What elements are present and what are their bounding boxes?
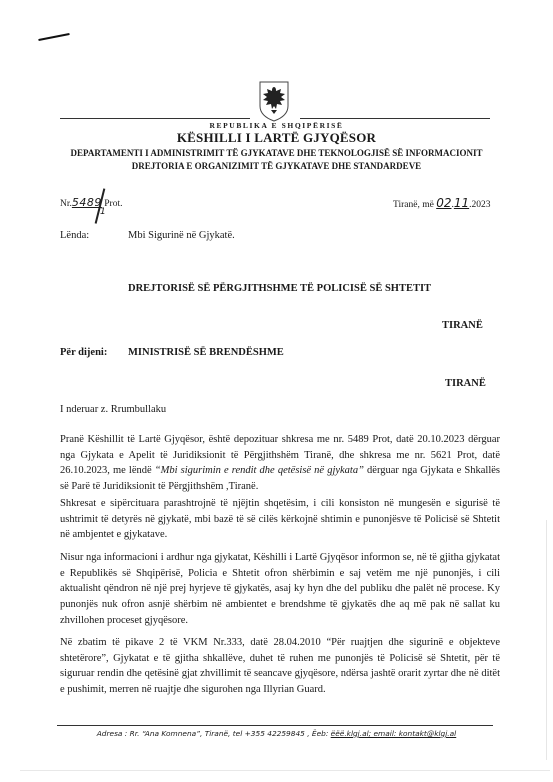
header-rule-right: [300, 118, 490, 119]
protocol-value: 5489: [72, 196, 102, 209]
paragraph-1: Pranë Këshillit të Lartë Gjyqësor, është…: [60, 432, 500, 495]
department-name: DEPARTAMENTI I ADMINISTRIMIT TË GJYKATAV…: [0, 148, 553, 158]
cc-label: Për dijeni:: [60, 347, 107, 358]
footer-rule: [57, 725, 493, 726]
paragraph-1-quoted-title: “Mbi sigurimin e rendit dhe qetësisë në …: [155, 465, 364, 476]
date-prefix: Tiranë, më: [393, 200, 434, 210]
footer-address-text: Adresa : Rr. “Ana Komnena”, Tiranë, tel …: [97, 729, 331, 738]
recipient-city: TIRANË: [442, 320, 483, 331]
council-name: KËSHILLI I LARTË GJYQËSOR: [0, 130, 553, 146]
paragraph-2: Shkresat e sipërcituara parashtrojnë të …: [60, 496, 500, 543]
footer-links[interactable]: ëëë.klgj.al; email: kontakt@klgj.al: [331, 729, 457, 738]
protocol-sub-number: 1: [100, 207, 106, 217]
protocol-prefix: Nr.: [60, 199, 72, 209]
scan-edge: [546, 520, 547, 760]
cc-recipient: MINISTRISË SË BRENDËSHME: [128, 347, 284, 358]
paragraph-4: Në zbatim të pikave 2 të VKM Nr.333, dat…: [60, 635, 500, 698]
scan-bottom-edge: [20, 770, 550, 771]
subject-text: Mbi Sigurinë në Gjykatë.: [128, 230, 235, 241]
albanian-eagle-emblem-icon: [258, 80, 290, 122]
date-month: 11: [454, 196, 469, 210]
date-day: 02: [436, 196, 451, 210]
footer-address: Adresa : Rr. “Ana Komnena”, Tiranë, tel …: [0, 729, 553, 738]
date-year: 2023: [472, 200, 491, 210]
header-rule-left: [60, 118, 250, 119]
recipient: DREJTORISË SË PËRGJITHSHME TË POLICISË S…: [128, 283, 431, 294]
republic-name: REPUBLIKA E SHQIPËRISË: [0, 121, 553, 130]
protocol-suffix: Prot.: [104, 199, 122, 209]
document-date: Tiranë, më 02.11.2023: [393, 196, 491, 210]
cc-city: TIRANË: [445, 378, 486, 389]
subject-label: Lënda:: [60, 230, 89, 241]
paragraph-3: Nisur nga informacioni i ardhur nga gjyk…: [60, 550, 500, 629]
directorate-name: DREJTORIA E ORGANIZIMIT TË GJYKATAVE DHE…: [0, 161, 553, 171]
greeting: I nderuar z. Rrumbullaku: [60, 404, 166, 415]
protocol-number: Nr.5489 Prot.: [60, 196, 122, 209]
handwritten-mark: [38, 33, 70, 41]
